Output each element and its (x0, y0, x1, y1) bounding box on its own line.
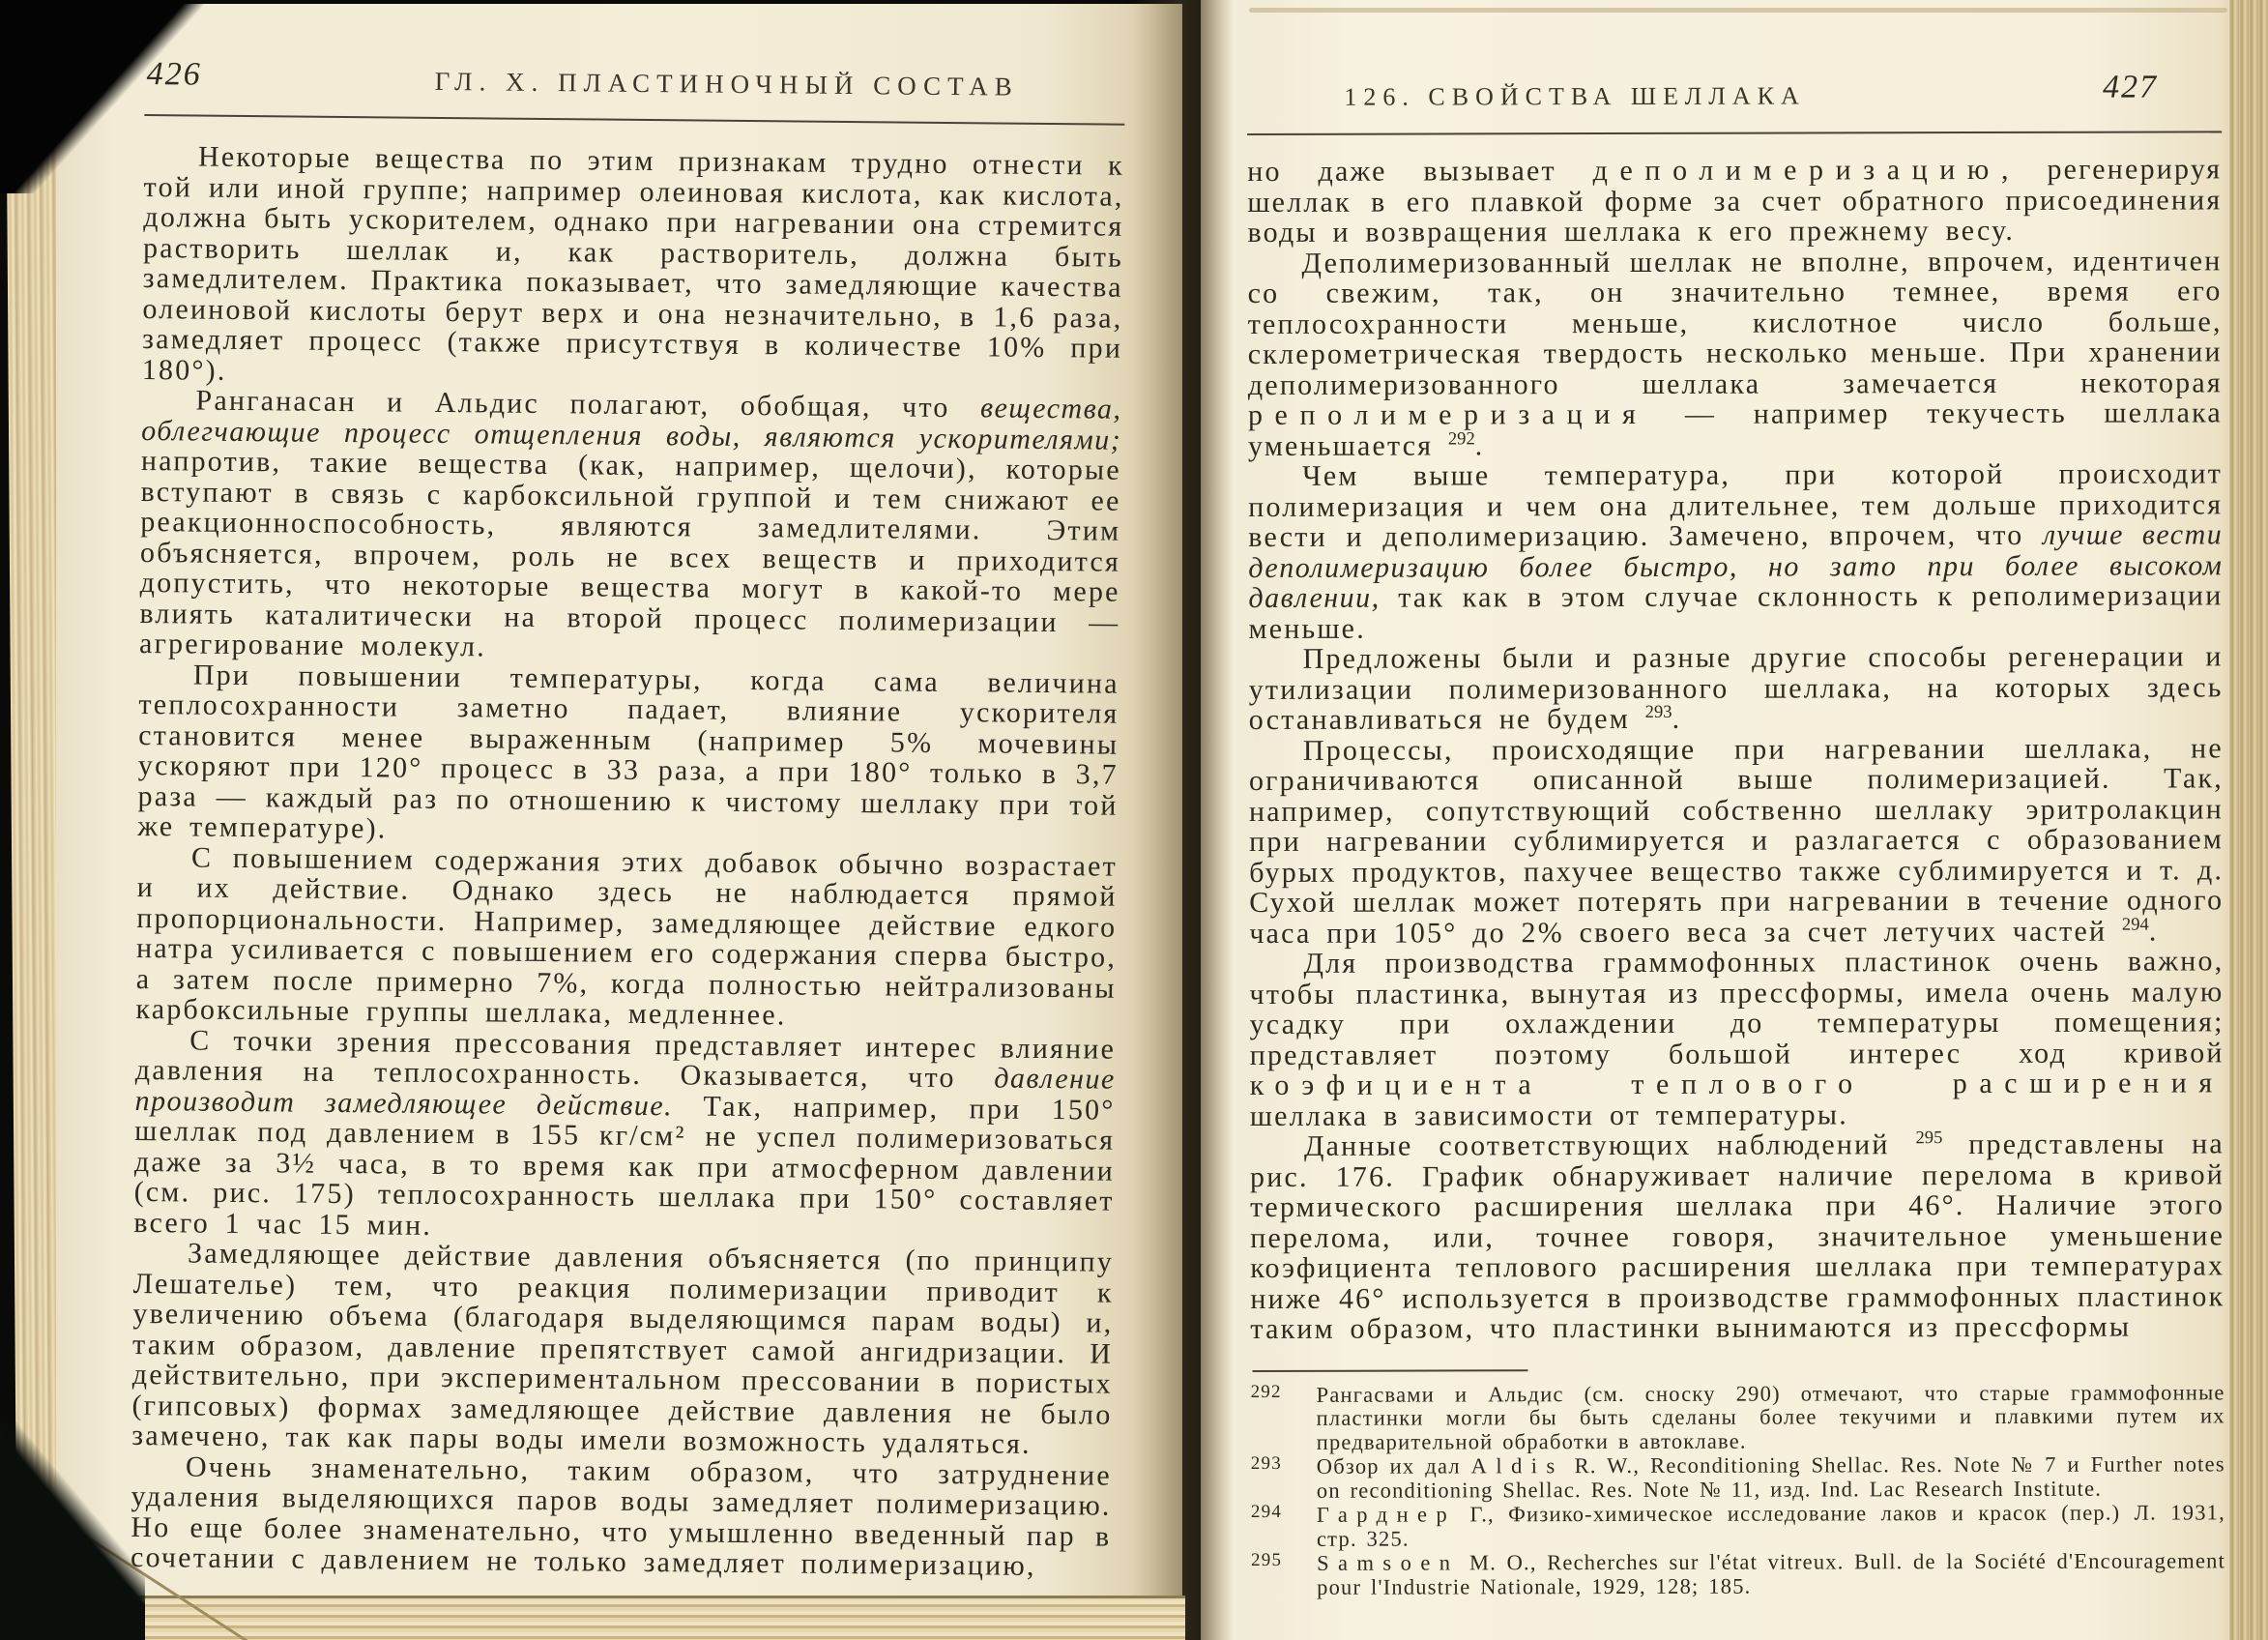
footnote-number: 293 (1251, 1452, 1282, 1477)
text-segment: деполимеризацию (1593, 154, 2001, 187)
text-segment: Данные соответствующих наблюдений (1304, 1128, 1916, 1162)
text-segment: так как в этом случае склонность к репол… (1248, 579, 2223, 644)
text-segment: Samsoen (1317, 1550, 1459, 1574)
right-page-number: 427 (2103, 70, 2158, 106)
left-page-header: 426 ГЛ. X. ПЛАСТИНОЧНЫЙ СОСТАВ (144, 50, 1125, 116)
text-segment: Очень знаменательно, таким образом, что … (131, 1450, 1112, 1582)
footnote-ref: 293 (1645, 702, 1672, 722)
text-segment: . (2149, 915, 2159, 947)
text-segment: Некоторые вещества по этим признакам тру… (142, 141, 1124, 387)
paragraph: Деполимеризованный шеллак не вполне, впр… (1247, 246, 2223, 461)
footnote-text: Гарднер Г., Физико-химическое исследован… (1317, 1500, 2225, 1550)
paragraph: Очень знаменательно, таким образом, что … (131, 1450, 1112, 1582)
text-segment: коэфициента теплового расширения (1250, 1067, 2224, 1101)
text-segment: Предложены были и разные другие способы … (1249, 640, 2224, 736)
footnote-text: Рангасвами и Альдис (см. сноску 290) отм… (1317, 1380, 2225, 1453)
text-segment: С точки зрения прессования представляет … (135, 1024, 1117, 1094)
text-segment: . (1672, 703, 1682, 735)
text-segment: При повышении температуры, когда сама ве… (137, 659, 1119, 844)
footnote-text: Samsoen M. O., Recherches sur l'état vit… (1317, 1548, 2225, 1598)
right-header-rule (1247, 131, 2222, 135)
paragraph: Ранганасан и Альдис полагают, обобщая, ч… (139, 385, 1122, 668)
text-segment: Обзор их дал (1317, 1453, 1471, 1478)
text-segment: Процессы, происходящие при нагревании ше… (1249, 732, 2224, 950)
paragraph: Данные соответствующих наблюдений 295 пр… (1250, 1128, 2225, 1344)
left-page-number: 426 (147, 56, 202, 94)
footnote-ref: 292 (1448, 428, 1475, 449)
left-header-rule (144, 114, 1124, 126)
text-segment: Замедляющее действие давления объясняетс… (131, 1237, 1114, 1459)
paragraph: С повышением содержания этих добавок обы… (135, 841, 1118, 1034)
text-segment: Aldis (1471, 1453, 1564, 1478)
text-segment: . (1475, 429, 1485, 461)
paragraph: Замедляющее действие давления объясняетс… (131, 1238, 1114, 1460)
footnote-separator (1253, 1369, 1528, 1372)
paragraph: При повышении температуры, когда сама ве… (137, 659, 1119, 851)
right-page-body: но даже вызывает деполимеризацию, регене… (1247, 154, 2224, 1344)
page-behind-top-edge (1249, 8, 2227, 13)
left-page-content: 426 ГЛ. X. ПЛАСТИНОЧНЫЙ СОСТАВ Некоторые… (131, 50, 1125, 1582)
paragraph: Для производства граммофонных пластинок … (1249, 946, 2224, 1131)
footnote-number: 294 (1251, 1501, 1282, 1525)
dark-corner-bottom-left (0, 1354, 145, 1640)
text-segment: но даже вызывает (1247, 155, 1592, 188)
text-segment: представлены на рис. 176. График обнаруж… (1250, 1127, 2224, 1345)
paragraph: Предложены были и разные другие способы … (1249, 641, 2224, 735)
left-running-header: ГЛ. X. ПЛАСТИНОЧНЫЙ СОСТАВ (145, 50, 1125, 103)
paragraph: но даже вызывает деполимеризацию, регене… (1247, 154, 2222, 248)
footnote: 295Samsoen M. O., Recherches sur l'état … (1251, 1549, 2225, 1599)
text-segment: реполимеризация (1248, 398, 1648, 431)
footnote-block: 292Рангасвами и Альдис (см. сноску 290) … (1251, 1381, 2226, 1599)
paragraph: Некоторые вещества по этим признакам тру… (142, 141, 1124, 395)
footnote: 294Гарднер Г., Физико-химическое исследо… (1251, 1501, 2225, 1551)
right-page-header: 427 126. СВОЙСТВА ШЕЛЛАКА (1247, 67, 2222, 126)
text-segment: Гарднер (1317, 1502, 1456, 1526)
text-segment: С повышением содержания этих добавок обы… (135, 841, 1118, 1031)
text-segment: Для производства граммофонных пластинок … (1249, 945, 2224, 1070)
gutter-shadow (1131, 0, 1257, 1640)
footnote-ref: 294 (2122, 914, 2149, 934)
footnote-number: 292 (1251, 1380, 1282, 1404)
page-edge-stack-right (2229, 0, 2268, 1640)
text-segment: Рангасвами и Альдис (см. сноску 290) отм… (1317, 1380, 2225, 1453)
paragraph: Чем выше температура, при которой происх… (1248, 458, 2223, 644)
text-segment: шеллака в зависимости от температуры. (1250, 1098, 1848, 1132)
page-edge-stack-bottom (35, 1596, 1185, 1640)
footnote: 293Обзор их дал Aldis R. W., Recondition… (1251, 1452, 2225, 1503)
book-scan: 426 ГЛ. X. ПЛАСТИНОЧНЫЙ СОСТАВ Некоторые… (0, 0, 2268, 1640)
footnote: 292Рангасвами и Альдис (см. сноску 290) … (1251, 1381, 2225, 1454)
text-segment: напротив, такие вещества (как, например,… (139, 445, 1121, 662)
footnote-ref: 295 (1915, 1127, 1942, 1148)
footnote-number: 295 (1251, 1549, 1282, 1573)
left-page-body: Некоторые вещества по этим признакам тру… (131, 141, 1124, 1582)
footnote-text: Обзор их дал Aldis R. W., Reconditioning… (1317, 1451, 2225, 1502)
right-running-header: 126. СВОЙСТВА ШЕЛЛАКА (1247, 67, 2222, 112)
text-segment: Деполимеризованный шеллак не вполне, впр… (1248, 245, 2223, 401)
paragraph: Процессы, происходящие при нагревании ше… (1249, 733, 2224, 949)
paragraph: С точки зрения прессования представляет … (133, 1024, 1116, 1246)
right-page-content: 427 126. СВОЙСТВА ШЕЛЛАКА но даже вызыва… (1247, 67, 2225, 1600)
